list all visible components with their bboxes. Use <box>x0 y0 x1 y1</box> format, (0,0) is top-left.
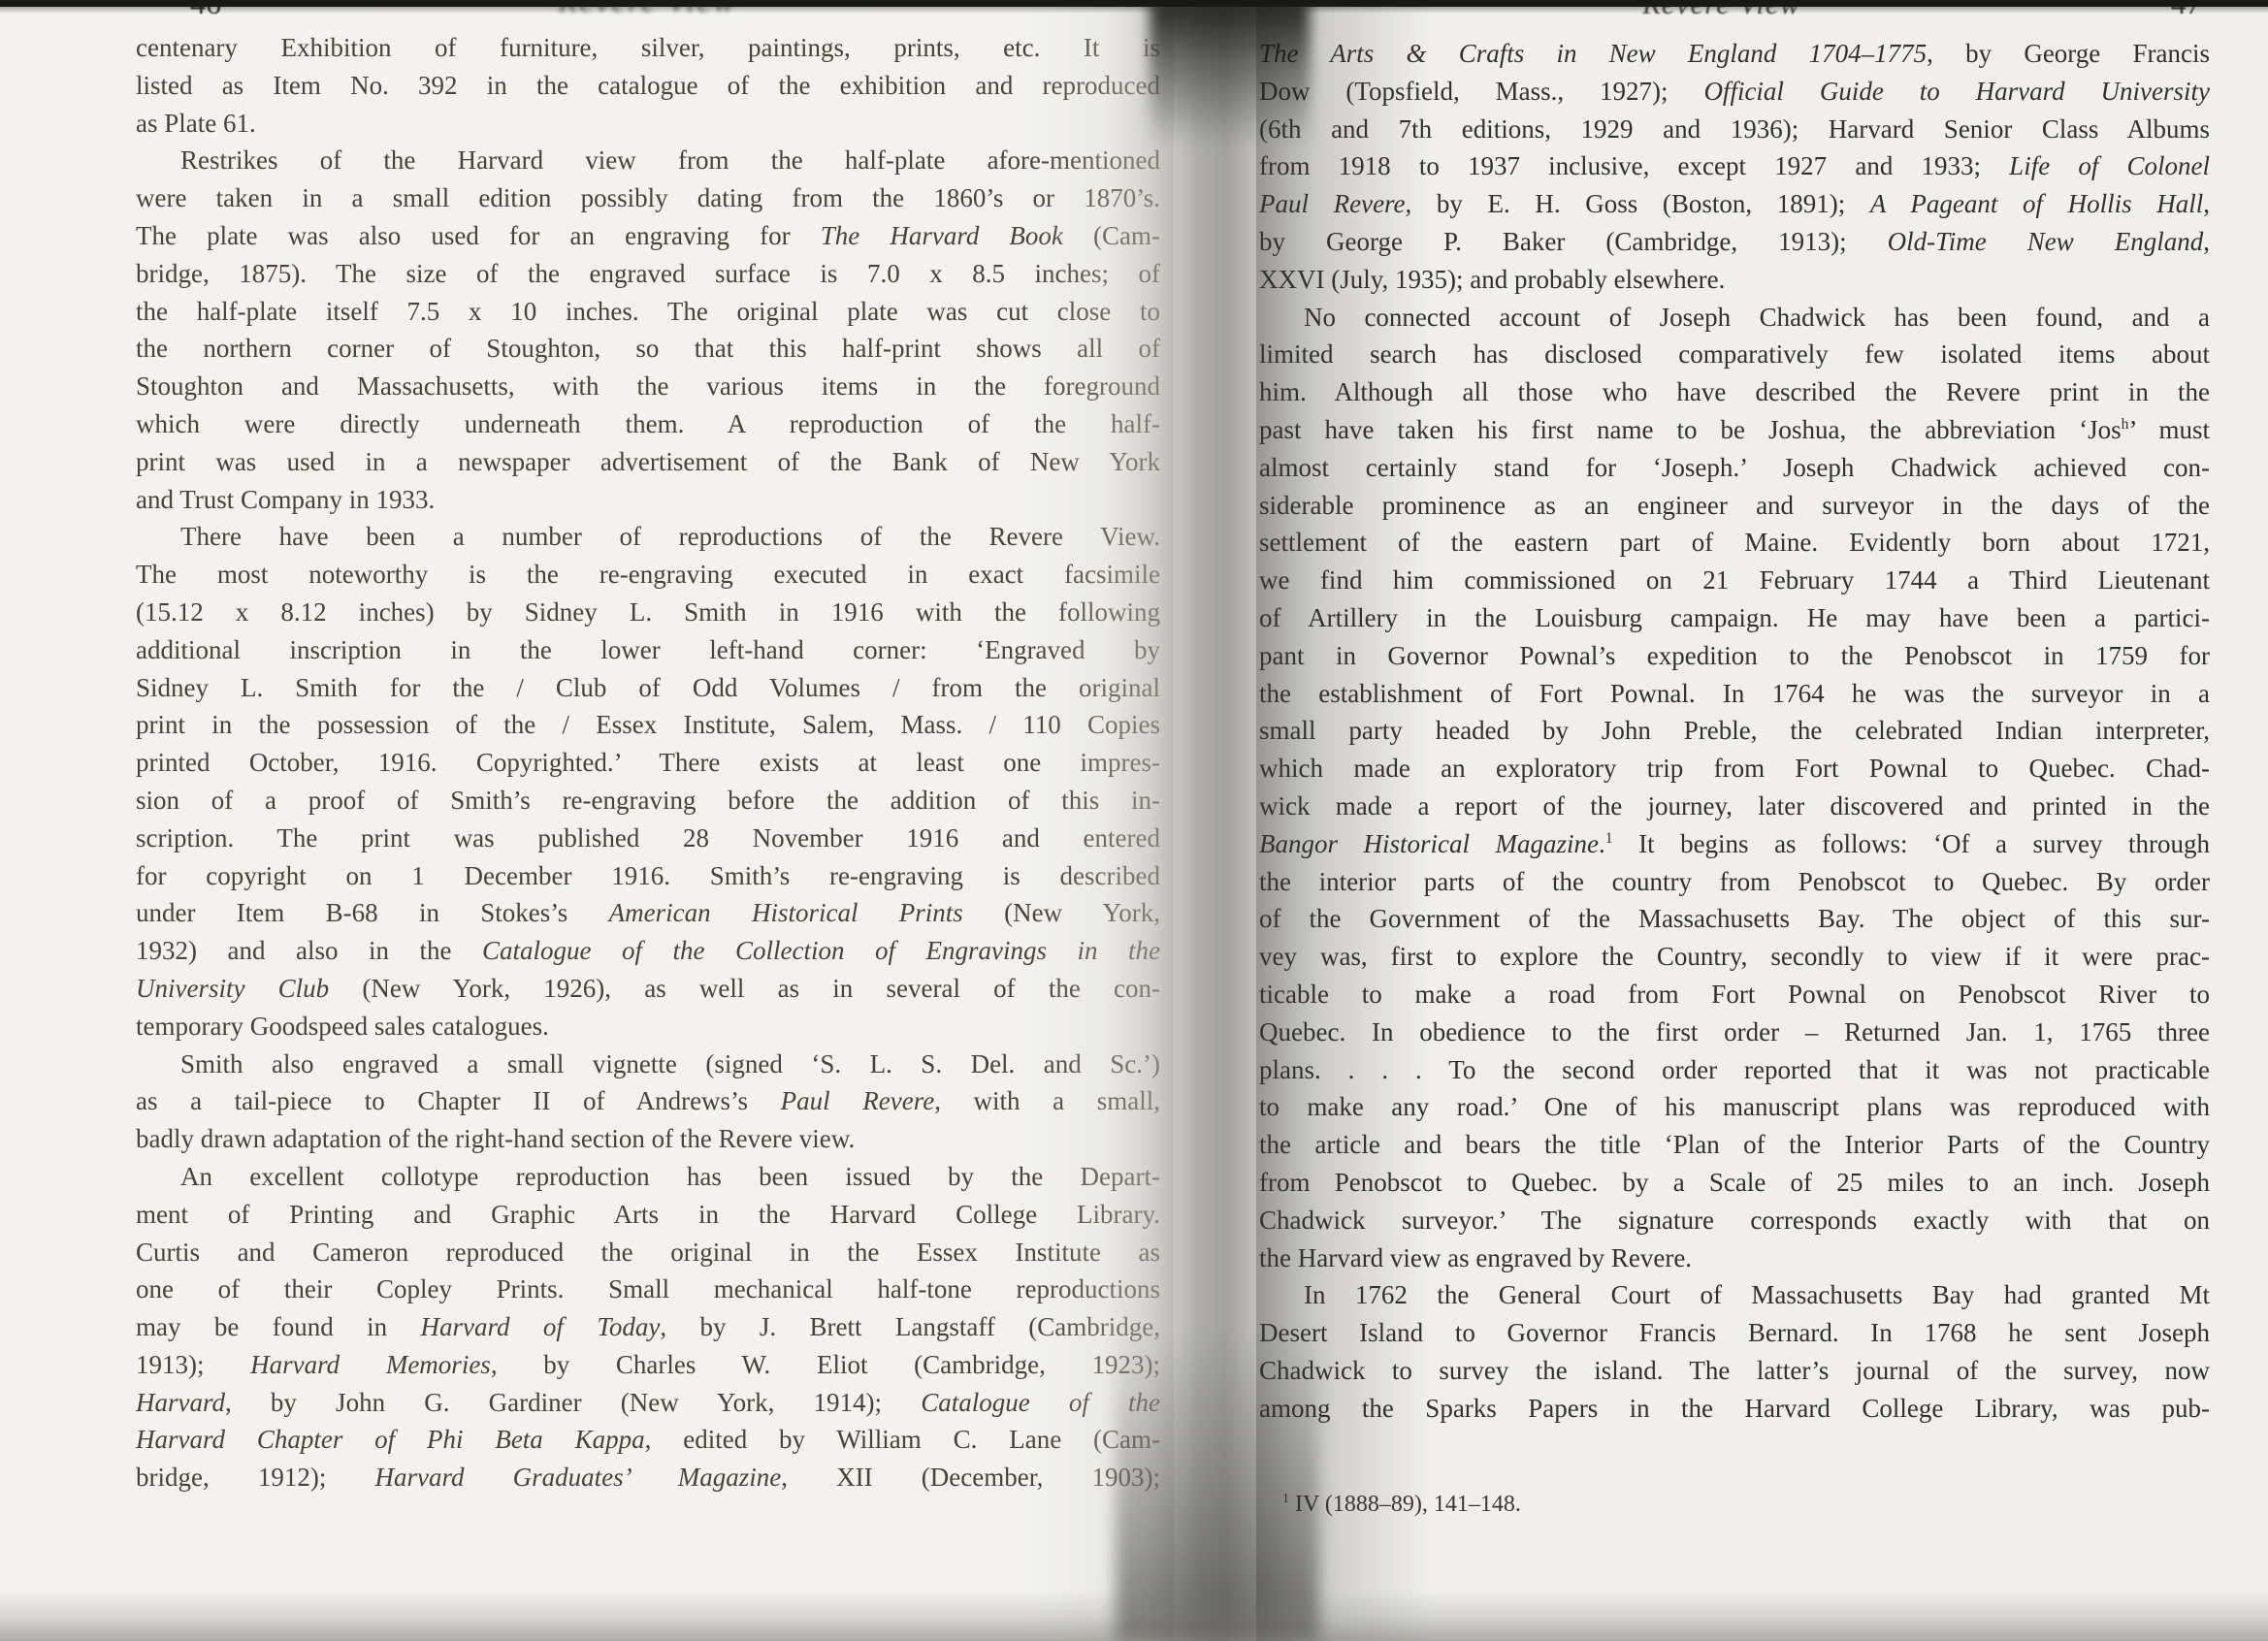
italic-text: Bangor Historical Magazine <box>1259 829 1599 858</box>
text-line: under Item B-68 in Stokes’s American His… <box>136 894 1160 932</box>
text-line: plans. . . . To the second order reporte… <box>1259 1051 2210 1089</box>
text: the Harvard view as engraved by Revere. <box>1259 1243 1692 1272</box>
text-line: Paul Revere, by E. H. Goss (Boston, 1891… <box>1259 185 2210 223</box>
text-line: centenary Exhibition of furniture, silve… <box>136 29 1160 67</box>
text: The most noteworthy is the re-engraving … <box>136 560 1160 589</box>
text: Quebec. In obedience to the first order … <box>1259 1017 2210 1046</box>
text: scription. The print was published 28 No… <box>136 823 1160 853</box>
text-line: small party headed by John Preble, the c… <box>1259 712 2210 750</box>
text: which made an exploratory trip from Fort… <box>1259 754 2210 783</box>
text-line: which were directly underneath them. A r… <box>136 405 1160 443</box>
italic-text: Catalogue of the Collection of Engraving… <box>482 936 1160 965</box>
italic-text: A Pageant of Hollis Hall <box>1870 189 2203 218</box>
left-page-number: 46 <box>190 0 221 21</box>
superscript-text: h <box>2122 416 2129 433</box>
text: badly drawn adaptation of the right-hand… <box>136 1124 855 1153</box>
text-line: Restrikes of the Harvard view from the h… <box>136 142 1160 179</box>
text: (Cam- <box>1063 221 1160 250</box>
text-line: printed October, 1916. Copyrighted.’ The… <box>136 744 1160 782</box>
italic-text: The Arts & Crafts in New England 1704–17… <box>1259 39 1927 68</box>
text: among the Sparks Papers in the Harvard C… <box>1259 1394 2210 1423</box>
text: may be found in <box>136 1312 421 1341</box>
text-line: the interior parts of the country from P… <box>1259 863 2210 901</box>
text: No connected account of Joseph Chadwick … <box>1304 303 2210 332</box>
text: bridge, 1875). The size of the engraved … <box>136 259 1160 288</box>
text: siderable prominence as an engineer and … <box>1259 491 2210 520</box>
text-line: ment of Printing and Graphic Arts in the… <box>136 1196 1160 1234</box>
text: , <box>2203 189 2210 218</box>
text: from 1918 to 1937 inclusive, except 1927… <box>1259 151 2009 180</box>
text-line: The most noteworthy is the re-engraving … <box>136 556 1160 594</box>
text: It begins as follows: ‘Of a survey throu… <box>1613 829 2210 858</box>
text: the interior parts of the country from P… <box>1259 867 2210 896</box>
text-line: Smith also engraved a small vignette (si… <box>136 1046 1160 1083</box>
text: centenary Exhibition of furniture, silve… <box>136 33 1160 62</box>
text: print was used in a newspaper advertisem… <box>136 447 1160 476</box>
text: , by George Francis <box>1927 39 2210 68</box>
italic-text: Old-Time New England <box>1888 227 2204 256</box>
text-line: Dow (Topsfield, Mass., 1927); Official G… <box>1259 73 2210 111</box>
text: 1932) and also in the <box>136 936 482 965</box>
text-line: Sidney L. Smith for the / Club of Odd Vo… <box>136 669 1160 707</box>
text-line: siderable prominence as an engineer and … <box>1259 487 2210 525</box>
superscript-text: 1 <box>1282 1492 1289 1506</box>
text-line: vey was, first to explore the Country, s… <box>1259 938 2210 976</box>
text: printed October, 1916. Copyrighted.’ The… <box>136 748 1160 777</box>
text-line: ticable to make a road from Fort Pownal … <box>1259 976 2210 1014</box>
text: and Trust Company in 1933. <box>136 485 435 514</box>
text-line: were taken in a small edition possibly d… <box>136 179 1160 217</box>
text: Sidney L. Smith for the / Club of Odd Vo… <box>136 673 1160 702</box>
text: (New York, 1926), as well as in several … <box>329 974 1160 1003</box>
text: as Plate 61. <box>136 109 256 138</box>
text-line: the Harvard view as engraved by Revere. <box>1259 1239 2210 1277</box>
text: the article and bears the title ‘Plan of… <box>1259 1130 2210 1159</box>
text-line: temporary Goodspeed sales catalogues. <box>136 1008 1160 1046</box>
text: An excellent collotype reproduction has … <box>180 1162 1160 1191</box>
text: , by J. Brett Langstaff (Cambridge, <box>660 1312 1160 1341</box>
italic-text: University Club <box>136 974 329 1003</box>
text: additional inscription in the lower left… <box>136 635 1160 664</box>
text: vey was, first to explore the Country, s… <box>1259 942 2210 971</box>
text-line: almost certainly stand for ‘Joseph.’ Jos… <box>1259 449 2210 487</box>
text: settlement of the eastern part of Maine.… <box>1259 528 2210 557</box>
left-page-text-column: centenary Exhibition of furniture, silve… <box>136 29 1160 1496</box>
text: to make any road.’ One of his manuscript… <box>1259 1092 2210 1121</box>
text-line: There have been a number of reproduction… <box>136 518 1160 556</box>
text-line: among the Sparks Papers in the Harvard C… <box>1259 1390 2210 1428</box>
text: (6th and 7th editions, 1929 and 1936); H… <box>1259 114 2210 144</box>
text: , with a small, <box>934 1086 1160 1115</box>
text: which were directly underneath them. A r… <box>136 409 1160 438</box>
text: . <box>1599 829 1605 858</box>
text-line: bridge, 1875). The size of the engraved … <box>136 255 1160 293</box>
text-line: listed as Item No. 392 in the catalogue … <box>136 67 1160 105</box>
text-line: sion of a proof of Smith’s re-engraving … <box>136 782 1160 820</box>
text: XXVI (July, 1935); and probably elsewher… <box>1259 265 1725 294</box>
italic-text: Paul Revere <box>781 1086 935 1115</box>
text-line: to make any road.’ One of his manuscript… <box>1259 1088 2210 1126</box>
text-line: from Penobscot to Quebec. by a Scale of … <box>1259 1164 2210 1202</box>
text: past have taken his first name to be Jos… <box>1259 415 2122 444</box>
text: from Penobscot to Quebec. by a Scale of … <box>1259 1168 2210 1197</box>
text-line: by George P. Baker (Cambridge, 1913); Ol… <box>1259 223 2210 261</box>
text: by George P. Baker (Cambridge, 1913); <box>1259 227 1888 256</box>
text-line: pant in Governor Pownal’s expedition to … <box>1259 637 2210 675</box>
text: , by E. H. Goss (Boston, 1891); <box>1406 189 1870 218</box>
text-line: (15.12 x 8.12 inches) by Sidney L. Smith… <box>136 594 1160 631</box>
italic-text: Harvard Memories <box>250 1350 491 1379</box>
text: listed as Item No. 392 in the catalogue … <box>136 71 1160 100</box>
text: Curtis and Cameron reproduced the origin… <box>136 1238 1160 1267</box>
book-scan: 46 Revere View Revere View 47 centenary … <box>0 0 2268 1641</box>
text: we find him commissioned on 21 February … <box>1259 565 2210 595</box>
text: sion of a proof of Smith’s re-engraving … <box>136 786 1160 815</box>
text-line: the establishment of Fort Pownal. In 176… <box>1259 675 2210 713</box>
text: Chadwick to survey the island. The latte… <box>1259 1356 2210 1385</box>
text-line: Harvard, by John G. Gardiner (New York, … <box>136 1384 1160 1422</box>
text: (15.12 x 8.12 inches) by Sidney L. Smith… <box>136 597 1160 627</box>
text: Restrikes of the Harvard view from the h… <box>180 145 1160 175</box>
text: , XII (December, 1903); <box>781 1463 1160 1492</box>
text: limited search has disclosed comparative… <box>1259 339 2210 369</box>
text: the establishment of Fort Pownal. In 176… <box>1259 679 2210 708</box>
text: under Item B-68 in Stokes’s <box>136 898 609 927</box>
text-line: may be found in Harvard of Today, by J. … <box>136 1308 1160 1346</box>
text-line: which made an exploratory trip from Fort… <box>1259 750 2210 788</box>
text-line: University Club (New York, 1926), as wel… <box>136 970 1160 1008</box>
italic-text: Paul Revere <box>1259 189 1406 218</box>
text-line: him. Although all those who have describ… <box>1259 373 2210 411</box>
text-line: XXVI (July, 1935); and probably elsewher… <box>1259 261 2210 299</box>
text: Desert Island to Governor Francis Bernar… <box>1259 1318 2210 1347</box>
italic-text: Harvard Chapter of Phi Beta Kappa <box>136 1425 645 1454</box>
text: In 1762 the General Court of Massachuset… <box>1304 1280 2210 1309</box>
text-line: In 1762 the General Court of Massachuset… <box>1259 1276 2210 1314</box>
italic-text: Harvard of Today <box>421 1312 661 1341</box>
text-line: the article and bears the title ‘Plan of… <box>1259 1126 2210 1164</box>
text: small party headed by John Preble, the c… <box>1259 716 2210 745</box>
right-page-number: 47 <box>2171 0 2201 21</box>
text-line: one of their Copley Prints. Small mechan… <box>136 1271 1160 1308</box>
italic-text: Catalogue of the <box>921 1388 1160 1417</box>
text: wick made a report of the journey, later… <box>1259 791 2210 820</box>
right-page-text-column: The Arts & Crafts in New England 1704–17… <box>1259 35 2210 1427</box>
text-line: we find him commissioned on 21 February … <box>1259 562 2210 599</box>
text: Smith also engraved a small vignette (si… <box>180 1049 1160 1078</box>
text: the northern corner of Stoughton, so tha… <box>136 334 1160 363</box>
text-line: The plate was also used for an engraving… <box>136 217 1160 255</box>
text-line: print in the possession of the / Essex I… <box>136 706 1160 744</box>
text-line: 1932) and also in the Catalogue of the C… <box>136 932 1160 970</box>
text: one of their Copley Prints. Small mechan… <box>136 1274 1160 1303</box>
text-line: past have taken his first name to be Jos… <box>1259 411 2210 449</box>
text: print in the possession of the / Essex I… <box>136 710 1160 739</box>
text-line: limited search has disclosed comparative… <box>1259 336 2210 373</box>
footnote: 1 IV (1888–89), 141–148. <box>1282 1492 1961 1518</box>
text-line: Stoughton and Massachusetts, with the va… <box>136 368 1160 405</box>
text: as a tail-piece to Chapter II of Andrews… <box>136 1086 781 1115</box>
text-line: The Arts & Crafts in New England 1704–17… <box>1259 35 2210 73</box>
text: ment of Printing and Graphic Arts in the… <box>136 1200 1160 1229</box>
text-line: additional inscription in the lower left… <box>136 631 1160 669</box>
italic-text: Harvard Graduates’ Magazine <box>375 1463 782 1492</box>
text-line: settlement of the eastern part of Maine.… <box>1259 524 2210 562</box>
text-line: as a tail-piece to Chapter II of Andrews… <box>136 1082 1160 1120</box>
text: ticable to make a road from Fort Pownal … <box>1259 980 2210 1009</box>
text-line: 1 IV (1888–89), 141–148. <box>1282 1492 1961 1518</box>
text: Dow (Topsfield, Mass., 1927); <box>1259 77 1703 106</box>
superscript-text: 1 <box>1605 830 1613 847</box>
text: almost certainly stand for ‘Joseph.’ Jos… <box>1259 453 2210 482</box>
text: bridge, 1912); <box>136 1463 375 1492</box>
italic-text: Life of Colonel <box>2009 151 2210 180</box>
text-line: the northern corner of Stoughton, so tha… <box>136 330 1160 368</box>
text-line: of the Government of the Massachusetts B… <box>1259 900 2210 938</box>
text: Stoughton and Massachusetts, with the va… <box>136 371 1160 401</box>
left-running-title: Revere View <box>558 0 736 20</box>
text-line: bridge, 1912); Harvard Graduates’ Magazi… <box>136 1459 1160 1496</box>
text: for copyright on 1 December 1916. Smith’… <box>136 861 1160 890</box>
text-line: of Artillery in the Louisburg campaign. … <box>1259 599 2210 637</box>
text: 1913); <box>136 1350 250 1379</box>
text-line: Chadwick surveyor.’ The signature corres… <box>1259 1202 2210 1239</box>
text-line: (6th and 7th editions, 1929 and 1936); H… <box>1259 111 2210 148</box>
text: of the Government of the Massachusetts B… <box>1259 904 2210 933</box>
right-running-title: Revere View <box>1642 0 1800 21</box>
italic-text: American Historical Prints <box>609 898 963 927</box>
text-line: print was used in a newspaper advertisem… <box>136 443 1160 481</box>
text-line: 1913); Harvard Memories, by Charles W. E… <box>136 1346 1160 1384</box>
text: Chadwick surveyor.’ The signature corres… <box>1259 1206 2210 1235</box>
text: temporary Goodspeed sales catalogues. <box>136 1012 549 1041</box>
text: The plate was also used for an engraving… <box>136 221 821 250</box>
text-line: Quebec. In obedience to the first order … <box>1259 1014 2210 1051</box>
text: plans. . . . To the second order reporte… <box>1259 1055 2210 1084</box>
text-line: for copyright on 1 December 1916. Smith’… <box>136 857 1160 895</box>
text: , edited by William C. Lane (Cam- <box>645 1425 1160 1454</box>
text-line: Chadwick to survey the island. The latte… <box>1259 1352 2210 1390</box>
text-line: Desert Island to Governor Francis Bernar… <box>1259 1314 2210 1352</box>
text: were taken in a small edition possibly d… <box>136 183 1160 212</box>
text: IV (1888–89), 141–148. <box>1289 1492 1521 1517</box>
text: the half-plate itself 7.5 x 10 inches. T… <box>136 297 1160 326</box>
text-line: badly drawn adaptation of the right-hand… <box>136 1120 1160 1158</box>
text-line: and Trust Company in 1933. <box>136 481 1160 519</box>
text: pant in Governor Pownal’s expedition to … <box>1259 641 2210 670</box>
text: him. Although all those who have describ… <box>1259 377 2210 406</box>
text-line: as Plate 61. <box>136 105 1160 143</box>
text: , <box>2203 227 2210 256</box>
text: of Artillery in the Louisburg campaign. … <box>1259 603 2210 632</box>
text-line: wick made a report of the journey, later… <box>1259 788 2210 825</box>
text: , by Charles W. Eliot (Cambridge, 1923); <box>491 1350 1160 1379</box>
text-line: scription. The print was published 28 No… <box>136 820 1160 857</box>
text-line: the half-plate itself 7.5 x 10 inches. T… <box>136 293 1160 331</box>
text-line: from 1918 to 1937 inclusive, except 1927… <box>1259 147 2210 185</box>
text-line: Bangor Historical Magazine.1 It begins a… <box>1259 825 2210 863</box>
text-line: No connected account of Joseph Chadwick … <box>1259 299 2210 337</box>
text-line: Harvard Chapter of Phi Beta Kappa, edite… <box>136 1421 1160 1459</box>
text: ’ must <box>2129 415 2211 444</box>
text: There have been a number of reproduction… <box>180 522 1160 551</box>
text: , by John G. Gardiner (New York, 1914); <box>225 1388 921 1417</box>
italic-text: Harvard <box>136 1388 225 1417</box>
text: (New York, <box>963 898 1160 927</box>
italic-text: The Harvard Book <box>821 221 1063 250</box>
text-line: Curtis and Cameron reproduced the origin… <box>136 1234 1160 1271</box>
text-line: An excellent collotype reproduction has … <box>136 1158 1160 1196</box>
italic-text: Official Guide to Harvard University <box>1703 77 2210 106</box>
